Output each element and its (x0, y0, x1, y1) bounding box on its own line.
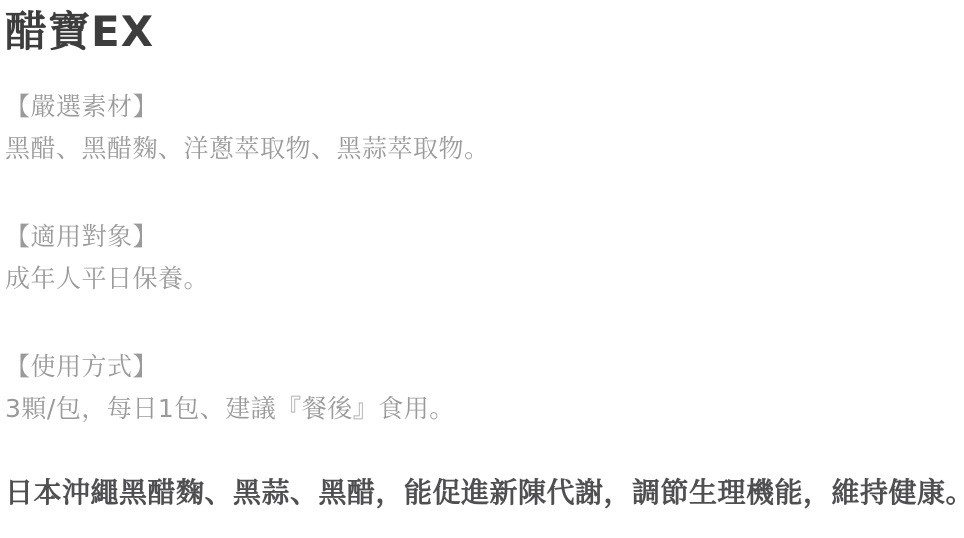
product-title: 醋寶EX (5, 8, 958, 56)
product-claim: 日本沖繩黑醋麴、黑蒜、黑醋，能促進新陳代謝，調節生理機能，維持健康。 (5, 476, 958, 510)
section-materials-heading: 【嚴選素材】 (5, 86, 958, 128)
section-target-users-content: 成年人平日保養。 (5, 258, 958, 300)
section-materials-content: 黑醋、黑醋麴、洋蔥萃取物、黑蒜萃取物。 (5, 128, 958, 170)
section-materials: 【嚴選素材】 黑醋、黑醋麴、洋蔥萃取物、黑蒜萃取物。 (5, 86, 958, 170)
section-usage-content: 3顆/包，每日1包、建議『餐後』食用。 (5, 388, 958, 430)
section-usage-heading: 【使用方式】 (5, 346, 958, 388)
section-target-users-heading: 【適用對象】 (5, 216, 958, 258)
section-target-users: 【適用對象】 成年人平日保養。 (5, 216, 958, 300)
section-usage: 【使用方式】 3顆/包，每日1包、建議『餐後』食用。 (5, 346, 958, 430)
product-description-page: 醋寶EX 【嚴選素材】 黑醋、黑醋麴、洋蔥萃取物、黑蒜萃取物。 【適用對象】 成… (0, 0, 964, 538)
